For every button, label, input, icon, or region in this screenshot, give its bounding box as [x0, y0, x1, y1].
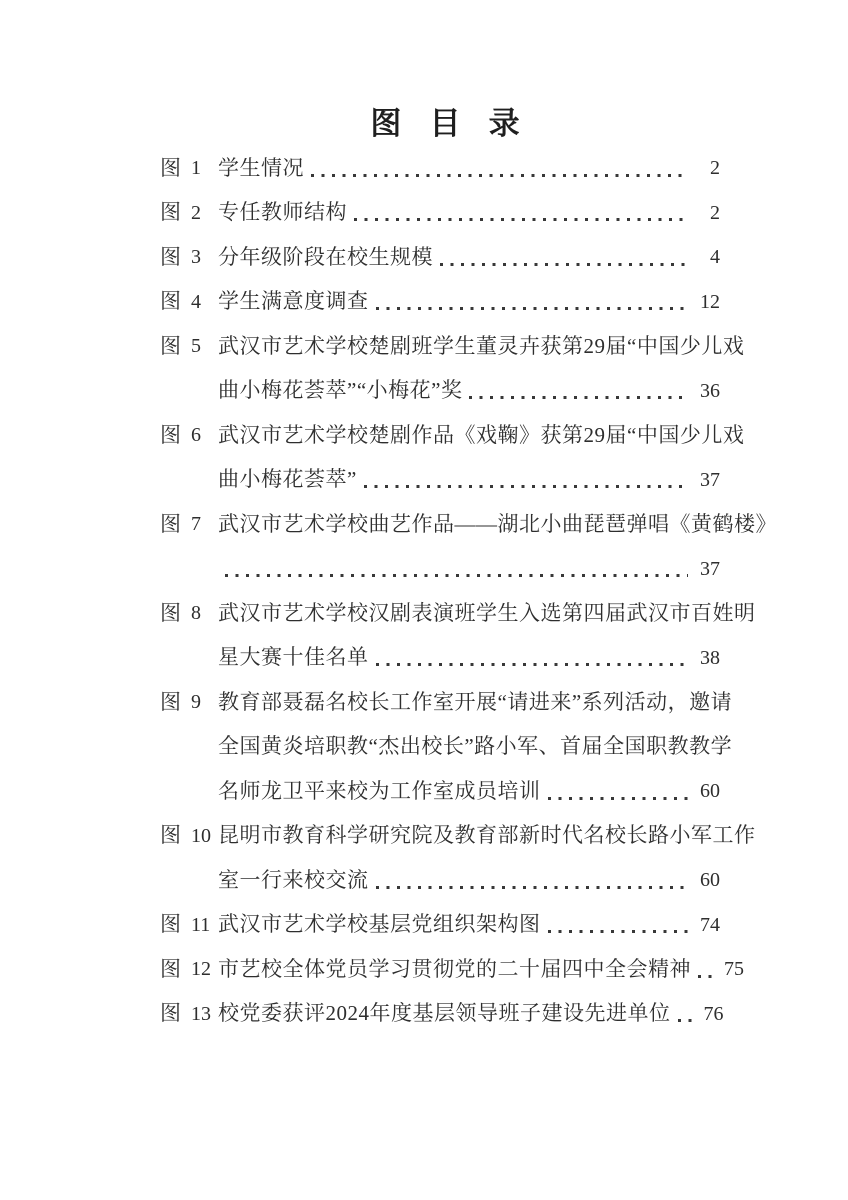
figure-word: 图: [160, 425, 181, 446]
figure-word: 图: [160, 1003, 181, 1024]
figure-title: 武汉市艺术学校楚剧作品《戏鞠》获第29届“中国少儿戏: [218, 425, 744, 446]
dot-leader: [678, 1019, 692, 1022]
figure-title: 武汉市艺术学校曲艺作品——湖北小曲琵琶弹唱《黄鹤楼》: [218, 514, 777, 535]
figure-word: 图: [160, 825, 181, 846]
toc-line: 曲小梅花荟萃” 37: [160, 458, 732, 503]
figure-word: 图: [160, 514, 181, 535]
figure-word: 图: [160, 603, 181, 624]
figure-number: 3: [191, 247, 201, 267]
figure-word: 图: [160, 914, 181, 935]
figure-number: 8: [191, 603, 201, 623]
toc-line: 图5 武汉市艺术学校楚剧班学生董灵卉获第29届“中国少儿戏: [160, 324, 732, 369]
figure-word: 图: [160, 692, 181, 713]
dot-leader: [364, 485, 688, 488]
dot-leader: [548, 930, 689, 933]
page-number: 2: [696, 158, 720, 178]
dot-leader: [376, 307, 689, 310]
dot-leader: [311, 174, 688, 177]
toc-line: 图10 昆明市教育科学研究院及教育部新时代名校长路小军工作: [160, 814, 732, 859]
figure-title: 市艺校全体党员学习贯彻党的二十届四中全会精神: [218, 959, 691, 980]
figure-number: 7: [191, 514, 201, 534]
figure-title: 校党委获评2024年度基层领导班子建设先进单位: [218, 1003, 671, 1024]
figure-number: 13: [191, 1004, 211, 1024]
figure-label: 图5: [160, 336, 218, 357]
figure-title: 学生情况: [218, 158, 304, 179]
figure-word: 图: [160, 202, 181, 223]
toc-line: 全国黄炎培职教“杰出校长”路小军、首届全国职教教学: [160, 725, 732, 770]
figure-number: 9: [191, 692, 201, 712]
page-number: 2: [696, 203, 720, 223]
dot-leader: [440, 263, 688, 266]
figure-number: 12: [191, 959, 211, 979]
figure-title: 学生满意度调查: [218, 291, 369, 312]
page-number: 75: [720, 959, 744, 979]
figure-title: 星大赛十佳名单: [218, 647, 369, 668]
dot-leader: [469, 396, 688, 399]
figure-word: 图: [160, 158, 181, 179]
figure-number: 6: [191, 425, 201, 445]
figure-label: 图8: [160, 603, 218, 624]
figure-title: 武汉市艺术学校汉剧表演班学生入选第四届武汉市百姓明: [218, 603, 756, 624]
dot-leader: [354, 218, 688, 221]
figure-title: 专任教师结构: [218, 202, 347, 223]
page-number: 12: [696, 292, 720, 312]
toc-line: 图3 分年级阶段在校生规模 4: [160, 235, 732, 280]
figure-number: 4: [191, 292, 201, 312]
figure-word: 图: [160, 959, 181, 980]
figure-label: 图4: [160, 291, 218, 312]
figure-title: 全国黄炎培职教“杰出校长”路小军、首届全国职教教学: [218, 736, 732, 757]
page-number: 38: [696, 648, 720, 668]
figure-label: 图11: [160, 914, 218, 935]
figure-label: 图9: [160, 692, 218, 713]
figure-title: 分年级阶段在校生规模: [218, 247, 433, 268]
toc-line: 名师龙卫平来校为工作室成员培训 60: [160, 769, 732, 814]
figure-label: 图3: [160, 247, 218, 268]
figure-word: 图: [160, 291, 181, 312]
page-number: 60: [696, 781, 720, 801]
figure-word: 图: [160, 247, 181, 268]
figure-label: 图12: [160, 959, 218, 980]
page-number: 36: [696, 381, 720, 401]
figure-label: 图10: [160, 825, 218, 846]
figure-title: 曲小梅花荟萃”: [218, 469, 357, 490]
figure-number: 1: [191, 158, 201, 178]
page-title: 图 目 录: [0, 0, 848, 146]
toc-line: 图7 武汉市艺术学校曲艺作品——湖北小曲琵琶弹唱《黄鹤楼》: [160, 502, 732, 547]
toc-line: 图13 校党委获评2024年度基层领导班子建设先进单位 76: [160, 992, 732, 1037]
dot-leader: [376, 663, 689, 666]
page-number: 60: [696, 870, 720, 890]
toc-line: 图2 专任教师结构 2: [160, 191, 732, 236]
toc-line: 37: [160, 547, 732, 592]
figure-label: 图1: [160, 158, 218, 179]
dot-leader: [376, 886, 689, 889]
toc-line: 室一行来校交流 60: [160, 858, 732, 903]
figure-label: 图13: [160, 1003, 218, 1024]
toc-line: 图9 教育部聂磊名校长工作室开展“请进来”系列活动，邀请: [160, 680, 732, 725]
figure-title: 教育部聂磊名校长工作室开展“请进来”系列活动，邀请: [218, 692, 732, 713]
figure-title: 名师龙卫平来校为工作室成员培训: [218, 781, 541, 802]
dot-leader: [548, 797, 689, 800]
figure-title: 武汉市艺术学校楚剧班学生董灵卉获第29届“中国少儿戏: [218, 336, 744, 357]
dot-leader: [225, 574, 688, 577]
toc-line: 图1 学生情况 2: [160, 146, 732, 191]
figure-number: 5: [191, 336, 201, 356]
toc-line: 星大赛十佳名单 38: [160, 636, 732, 681]
figure-label: 图2: [160, 202, 218, 223]
figure-title: 昆明市教育科学研究院及教育部新时代名校长路小军工作: [218, 825, 756, 846]
figure-number: 2: [191, 203, 201, 223]
page-number: 76: [700, 1004, 724, 1024]
figure-label: 图7: [160, 514, 218, 535]
figure-label: 图6: [160, 425, 218, 446]
figures-toc-list: 图1 学生情况 2 图2 专任教师结构 2 图3 分年级阶段在校生规模 4 图4…: [160, 146, 732, 1036]
toc-line: 图12 市艺校全体党员学习贯彻党的二十届四中全会精神 75: [160, 947, 732, 992]
figures-toc-page: 图 目 录 图1 学生情况 2 图2 专任教师结构 2 图3 分年级阶段在校生规…: [0, 0, 848, 1200]
figure-number: 10: [191, 826, 211, 846]
figure-number: 11: [191, 915, 210, 935]
figure-title: 室一行来校交流: [218, 870, 369, 891]
figure-title: 曲小梅花荟萃”“小梅花”奖: [218, 380, 462, 401]
toc-line: 图6 武汉市艺术学校楚剧作品《戏鞠》获第29届“中国少儿戏: [160, 413, 732, 458]
toc-line: 图8 武汉市艺术学校汉剧表演班学生入选第四届武汉市百姓明: [160, 591, 732, 636]
dot-leader: [698, 975, 712, 978]
figure-title: 武汉市艺术学校基层党组织架构图: [218, 914, 541, 935]
toc-line: 图11 武汉市艺术学校基层党组织架构图 74: [160, 903, 732, 948]
toc-line: 曲小梅花荟萃”“小梅花”奖 36: [160, 369, 732, 414]
page-number: 74: [696, 915, 720, 935]
page-number: 37: [696, 470, 720, 490]
page-number: 4: [696, 247, 720, 267]
toc-line: 图4 学生满意度调查 12: [160, 280, 732, 325]
page-number: 37: [696, 559, 720, 579]
figure-word: 图: [160, 336, 181, 357]
